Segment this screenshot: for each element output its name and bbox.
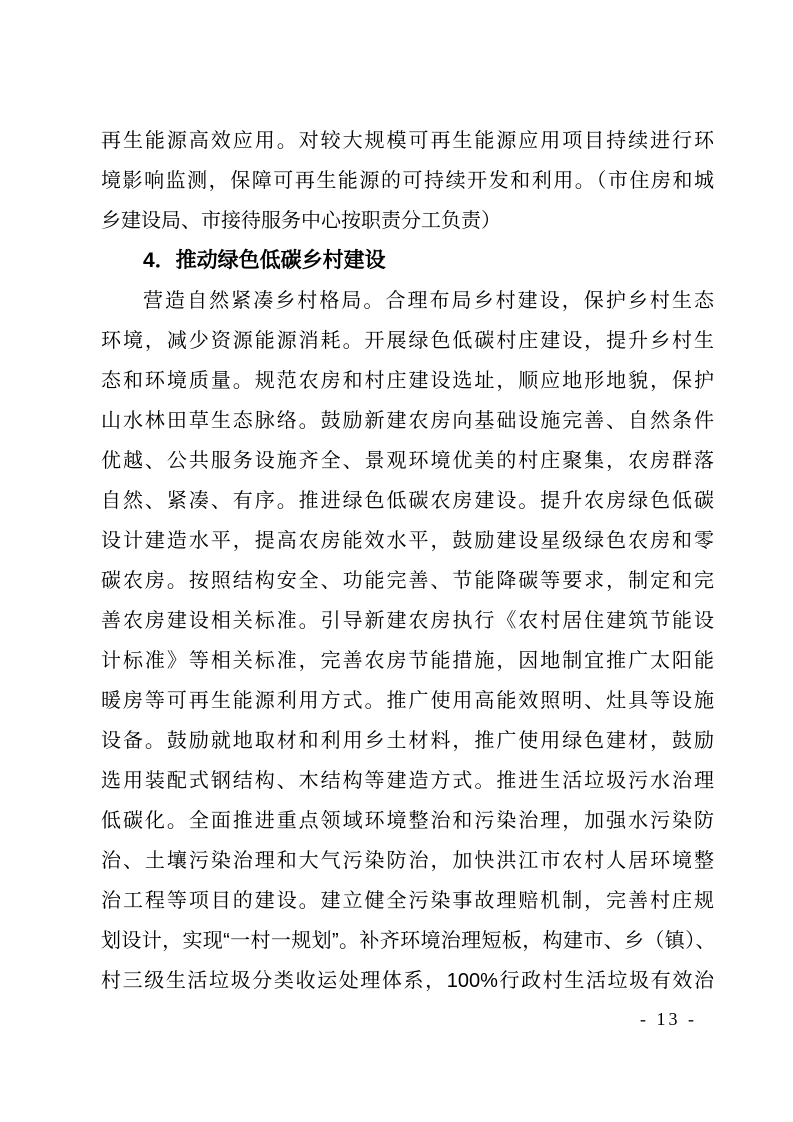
text-line: 治、土壤污染治理和大气污染防治，加快洪江市农村人居环境整 — [101, 841, 714, 881]
document-body: 再生能源高效应用。对较大规模可再生能源应用项目持续进行环 境影响监测，保障可再生… — [101, 121, 714, 1001]
text-line: 环境，减少资源能源消耗。开展绿色低碳村庄建设，提升乡村生 — [101, 321, 714, 361]
text-line: 山水林田草生态脉络。鼓励新建农房向基础设施完善、自然条件 — [101, 401, 714, 441]
text-line: 划设计，实现“一村一规划”。补齐环境治理短板，构建市、乡（镇）、 — [101, 921, 714, 961]
text-line: 设计建造水平，提高农房能效水平，鼓励建设星级绿色农房和零 — [101, 521, 714, 561]
document-page: 再生能源高效应用。对较大规模可再生能源应用项目持续进行环 境影响监测，保障可再生… — [0, 0, 793, 1122]
text-line: 计标准》等相关标准，完善农房节能措施，因地制宜推广太阳能 — [101, 641, 714, 681]
text-line: 优越、公共服务设施齐全、景观环境优美的村庄聚集，农房群落 — [101, 441, 714, 481]
text-line: 再生能源高效应用。对较大规模可再生能源应用项目持续进行环 — [101, 121, 714, 161]
text-line: 村三级生活垃圾分类收运处理体系，100%行政村生活垃圾有效治 — [101, 961, 714, 1001]
text-line: 境影响监测，保障可再生能源的可持续开发和利用。（市住房和城 — [101, 161, 714, 201]
text-line: 治工程等项目的建设。建立健全污染事故理赔机制，完善村庄规 — [101, 881, 714, 921]
text-line: 乡建设局、市接待服务中心按职责分工负责） — [101, 201, 714, 241]
text-line: 碳农房。按照结构安全、功能完善、节能降碳等要求，制定和完 — [101, 561, 714, 601]
text-line: 低碳化。全面推进重点领域环境整治和污染治理，加强水污染防 — [101, 801, 714, 841]
text-line: 暖房等可再生能源利用方式。推广使用高能效照明、灶具等设施 — [101, 681, 714, 721]
text-line: 设备。鼓励就地取材和利用乡土材料，推广使用绿色建材，鼓励 — [101, 721, 714, 761]
text-line: 态和环境质量。规范农房和村庄建设选址，顺应地形地貌，保护 — [101, 361, 714, 401]
text-line: 选用装配式钢结构、木结构等建造方式。推进生活垃圾污水治理 — [101, 761, 714, 801]
section-heading: 4．推动绿色低碳乡村建设 — [101, 241, 714, 281]
text-line: 自然、紧凑、有序。推进绿色低碳农房建设。提升农房绿色低碳 — [101, 481, 714, 521]
page-number: - 13 - — [640, 1006, 697, 1032]
text-line: 营造自然紧凑乡村格局。合理布局乡村建设，保护乡村生态 — [101, 281, 714, 321]
text-line: 善农房建设相关标准。引导新建农房执行《农村居住建筑节能设 — [101, 601, 714, 641]
